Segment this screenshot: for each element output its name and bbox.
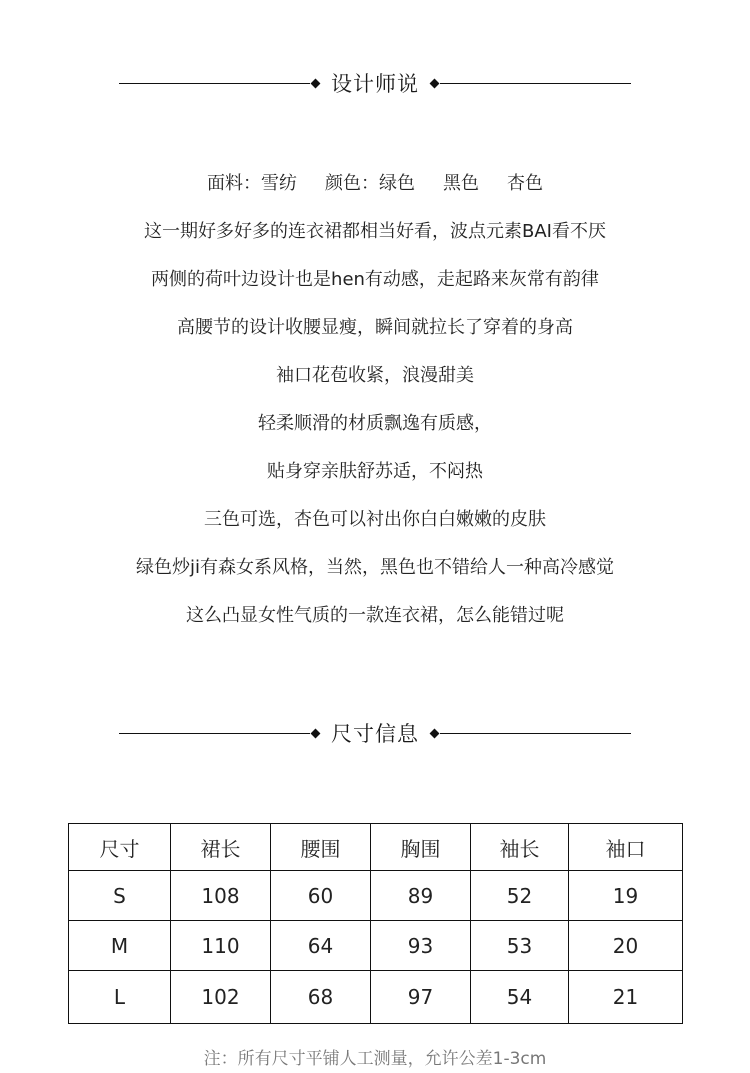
description-line: 三色可选，杏色可以衬出你白白嫩嫩的皮肤 — [0, 496, 750, 544]
table-row: S 108 60 89 52 19 — [69, 871, 683, 921]
description-line: 两侧的荷叶边设计也是hen有动感，走起路来灰常有韵律 — [0, 256, 750, 304]
header-size: 尺寸 — [69, 824, 171, 871]
cell-bust: 93 — [371, 921, 471, 971]
cell-sleeve-length: 54 — [471, 971, 569, 1024]
cell-size: S — [69, 871, 171, 921]
fabric-spec: 面料：雪纺 — [207, 173, 297, 194]
description-line: 轻柔顺滑的材质飘逸有质感， — [0, 400, 750, 448]
diamond-icon — [311, 728, 321, 738]
color-option-apricot: 杏色 — [507, 173, 543, 194]
cell-length: 110 — [171, 921, 271, 971]
cell-bust: 97 — [371, 971, 471, 1024]
cell-sleeve-length: 52 — [471, 871, 569, 921]
section-title-size: 尺寸信息 — [321, 718, 429, 748]
designer-section-header: 设计师说 — [119, 68, 631, 98]
cell-size: L — [69, 971, 171, 1024]
color-spec: 颜色：绿色 — [325, 173, 415, 194]
cell-cuff: 21 — [569, 971, 683, 1024]
header-sleeve-length: 袖长 — [471, 824, 569, 871]
color-option-black: 黑色 — [443, 173, 479, 194]
cell-waist: 60 — [271, 871, 371, 921]
description-line: 这么凸显女性气质的一款连衣裙，怎么能错过呢 — [0, 592, 750, 640]
description-line: 袖口花苞收紧，浪漫甜美 — [0, 352, 750, 400]
header-bust: 胸围 — [371, 824, 471, 871]
divider-line-right — [440, 733, 631, 734]
header-waist: 腰围 — [271, 824, 371, 871]
size-section-header: 尺寸信息 — [119, 718, 631, 748]
cell-bust: 89 — [371, 871, 471, 921]
cell-sleeve-length: 53 — [471, 921, 569, 971]
cell-cuff: 19 — [569, 871, 683, 921]
diamond-icon — [430, 78, 440, 88]
measurement-note: 注：所有尺寸平铺人工测量，允许公差1-3cm — [0, 1044, 750, 1069]
description-line: 高腰节的设计收腰显瘦，瞬间就拉长了穿着的身高 — [0, 304, 750, 352]
size-table: 尺寸 裙长 腰围 胸围 袖长 袖口 S 108 60 89 52 19 M 11… — [68, 823, 683, 1024]
diamond-icon — [311, 78, 321, 88]
description-line: 绿色炒ji有森女系风格，当然，黑色也不错给人一种高冷感觉 — [0, 544, 750, 592]
spec-line: 面料：雪纺颜色：绿色黑色杏色 — [0, 160, 750, 208]
divider-line-right — [440, 83, 631, 84]
cell-size: M — [69, 921, 171, 971]
cell-waist: 68 — [271, 971, 371, 1024]
cell-waist: 64 — [271, 921, 371, 971]
designer-description: 面料：雪纺颜色：绿色黑色杏色 这一期好多好多的连衣裙都相当好看，波点元素BAI看… — [0, 160, 750, 640]
section-title-designer: 设计师说 — [321, 68, 429, 98]
header-length: 裙长 — [171, 824, 271, 871]
cell-length: 108 — [171, 871, 271, 921]
table-row: M 110 64 93 53 20 — [69, 921, 683, 971]
description-line: 贴身穿亲肤舒苏适，不闷热 — [0, 448, 750, 496]
table-header-row: 尺寸 裙长 腰围 胸围 袖长 袖口 — [69, 824, 683, 871]
diamond-icon — [430, 728, 440, 738]
divider-line-left — [119, 83, 310, 84]
description-line: 这一期好多好多的连衣裙都相当好看，波点元素BAI看不厌 — [0, 208, 750, 256]
divider-line-left — [119, 733, 310, 734]
cell-cuff: 20 — [569, 921, 683, 971]
header-cuff: 袖口 — [569, 824, 683, 871]
table-row: L 102 68 97 54 21 — [69, 971, 683, 1024]
cell-length: 102 — [171, 971, 271, 1024]
